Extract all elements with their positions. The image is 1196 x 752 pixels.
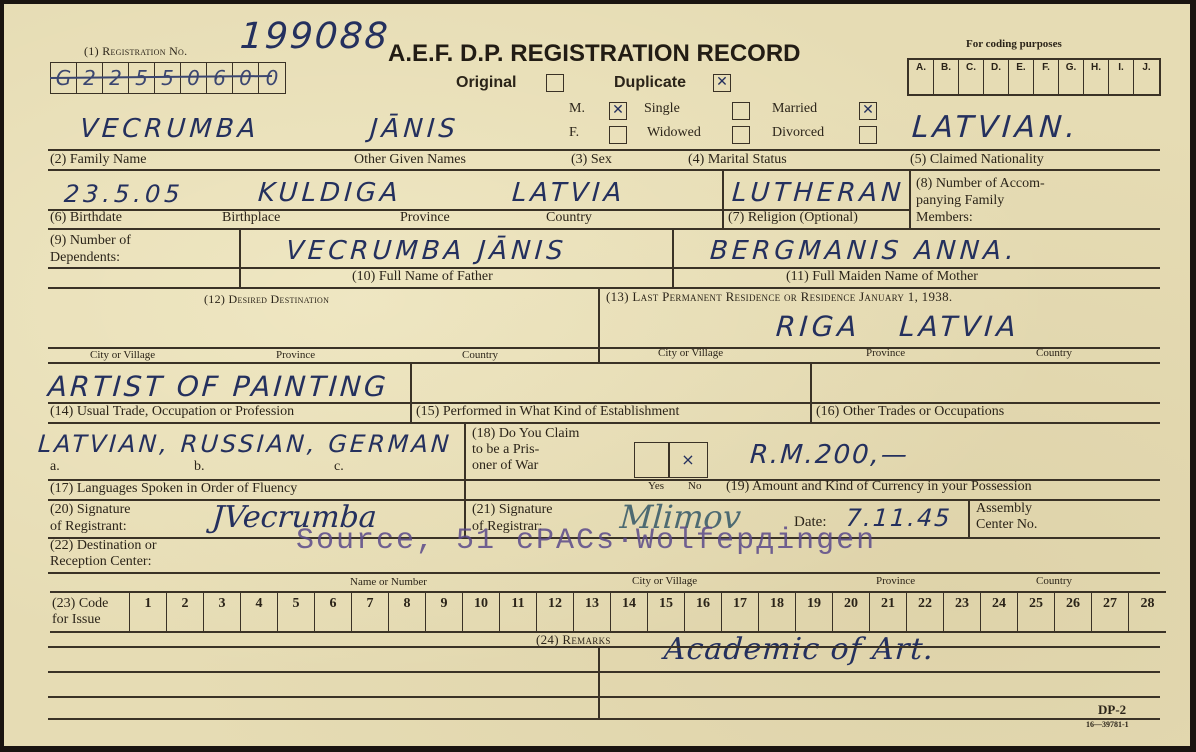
divorced-checkbox[interactable]	[859, 126, 877, 144]
res-province-label: Province	[866, 347, 905, 359]
family-name-label: (2) Family Name	[50, 152, 146, 168]
code-city-label: City or Village	[632, 575, 697, 587]
father-name-label: (10) Full Name of Father	[352, 269, 493, 285]
divider	[48, 671, 1160, 673]
divider	[722, 169, 724, 229]
divider	[598, 646, 600, 720]
form-id: DP-2	[1098, 702, 1126, 718]
given-names-value: JĀNIS	[369, 114, 460, 144]
pow-no-box[interactable]: ×	[668, 442, 708, 478]
sex-m-checkbox[interactable]: ✕	[609, 102, 627, 120]
code-cell[interactable]: 1	[130, 593, 167, 631]
married-checkbox[interactable]: ✕	[859, 102, 877, 120]
dependents-label: (9) Number of Dependents:	[50, 232, 131, 266]
mother-name-label: (11) Full Maiden Name of Mother	[786, 269, 978, 285]
registrant-signature-label: (20) Signature of Registrant:	[50, 501, 130, 535]
lang-b-label: b.	[194, 459, 205, 475]
birth-country-value: LATVIA	[511, 178, 627, 208]
code-cell[interactable]: 20	[833, 593, 870, 631]
code-cell[interactable]: 21	[870, 593, 907, 631]
occupation-label: (14) Usual Trade, Occupation or Professi…	[50, 404, 294, 420]
code-cell[interactable]: 14	[611, 593, 648, 631]
languages-label: (17) Languages Spoken in Order of Fluenc…	[50, 481, 297, 497]
languages-value: LATVIAN, RUSSIAN, GERMAN	[37, 430, 453, 458]
divorced-label: Divorced	[772, 125, 824, 141]
code-cell[interactable]: 15	[648, 593, 685, 631]
code-cell[interactable]: 27	[1092, 593, 1129, 631]
mother-name-value: BERGMANIS ANNA.	[709, 236, 1019, 266]
divider	[810, 362, 812, 422]
code-cell[interactable]: 9	[426, 593, 463, 631]
duplicate-checkbox[interactable]: ✕	[713, 74, 731, 92]
res-country-label: Country	[1036, 347, 1072, 359]
nationality-label: (5) Claimed Nationality	[910, 152, 1044, 168]
divider	[909, 169, 911, 229]
religion-value: LUTHERAN	[731, 178, 906, 208]
divider	[48, 149, 1160, 151]
divider	[48, 347, 1160, 349]
married-label: Married	[772, 101, 817, 117]
divider	[598, 287, 600, 362]
code-cell[interactable]: 22	[907, 593, 944, 631]
code-cell[interactable]: 7	[352, 593, 389, 631]
code-cell[interactable]: 10	[463, 593, 500, 631]
sex-f-checkbox[interactable]	[609, 126, 627, 144]
birthdate-value: 23.5.05	[63, 180, 185, 208]
father-name-value: VECRUMBA JĀNIS	[285, 236, 568, 266]
birthdate-label: (6) Birthdate	[50, 210, 122, 226]
code-cell[interactable]: 5	[278, 593, 315, 631]
registration-number-label: (1) Registration No.	[84, 44, 187, 59]
code-country-label: Country	[1036, 575, 1072, 587]
country-label: Country	[546, 210, 592, 226]
desired-destination-label: (12) Desired Destination	[204, 292, 329, 307]
duplicate-label: Duplicate	[614, 74, 686, 92]
birthplace-label: Birthplace	[222, 210, 280, 226]
dest-city-label: City or Village	[90, 349, 155, 361]
last-residence-value: RIGA LATVIA	[775, 310, 1021, 343]
divider	[48, 422, 1160, 424]
code-for-issue-grid: (23) Code for Issue 1 2 3 4 5 6 7 8 9 10…	[50, 591, 1166, 633]
given-names-label: Other Given Names	[354, 152, 466, 168]
divider	[48, 228, 1160, 230]
province-label: Province	[400, 210, 450, 226]
lang-a-label: a.	[50, 459, 60, 475]
divider	[48, 169, 1160, 171]
code-cell[interactable]: 18	[759, 593, 796, 631]
code-cell[interactable]: 6	[315, 593, 352, 631]
establishment-label: (15) Performed in What Kind of Establish…	[416, 404, 679, 420]
pow-yes-label: Yes	[648, 480, 664, 492]
code-cell[interactable]: 11	[500, 593, 537, 631]
marital-status-label: (4) Marital Status	[688, 152, 787, 168]
divider	[464, 422, 466, 502]
print-code: 16—39781-1	[1086, 720, 1129, 729]
lang-c-label: c.	[334, 459, 344, 475]
divider	[48, 287, 1160, 289]
code-cell[interactable]: 26	[1055, 593, 1092, 631]
form-title: A.E.F. D.P. REGISTRATION RECORD	[388, 40, 801, 68]
code-cell[interactable]: 3	[204, 593, 241, 631]
code-cell[interactable]: 25	[1018, 593, 1055, 631]
widowed-checkbox[interactable]	[732, 126, 750, 144]
divider	[239, 228, 241, 288]
remarks-value: Academic of Art.	[663, 632, 935, 667]
single-checkbox[interactable]	[732, 102, 750, 120]
code-cell[interactable]: 13	[574, 593, 611, 631]
sex-m-label: M.	[569, 101, 585, 117]
code-province-label: Province	[876, 575, 915, 587]
dest-province-label: Province	[276, 349, 315, 361]
last-residence-label: (13) Last Permanent Residence or Residen…	[606, 289, 952, 305]
nationality-value: LATVIAN.	[911, 110, 1081, 145]
accompanying-members-label: (8) Number of Accom- panying Family Memb…	[916, 175, 1045, 226]
code-cell[interactable]: 8	[389, 593, 426, 631]
code-cell[interactable]: 12	[537, 593, 574, 631]
divider	[48, 718, 1160, 720]
sex-f-label: F.	[569, 125, 579, 141]
currency-label: (19) Amount and Kind of Currency in your…	[726, 479, 1032, 495]
divider	[48, 362, 1160, 364]
pow-yes-box[interactable]	[634, 442, 670, 478]
single-label: Single	[644, 101, 680, 117]
code-cell[interactable]: 23	[944, 593, 981, 631]
code-cell[interactable]: 28	[1129, 593, 1166, 631]
other-trades-label: (16) Other Trades or Occupations	[816, 404, 1004, 420]
code-cell[interactable]: 4	[241, 593, 278, 631]
pow-no-label: No	[688, 480, 701, 492]
religion-label: (7) Religion (Optional)	[728, 210, 858, 226]
coding-label: For coding purposes	[966, 38, 1062, 50]
sex-label: (3) Sex	[571, 152, 612, 168]
registration-card: (1) Registration No. 199088 G 2 2 5 5 0 …	[4, 4, 1190, 746]
code-cell[interactable]: 16	[685, 593, 722, 631]
divider	[48, 646, 1160, 648]
code-name-label: Name or Number	[350, 576, 427, 588]
destination-center-label: (22) Destination or Reception Center:	[50, 538, 157, 570]
family-name-value: VECRUMBA	[79, 114, 261, 144]
divider	[672, 228, 674, 288]
birthplace-value: KULDIGA	[257, 178, 403, 208]
divider	[968, 499, 970, 539]
code-cell[interactable]: 17	[722, 593, 759, 631]
assembly-center-label: Assembly Center No.	[976, 501, 1037, 533]
registration-number: 199088	[239, 16, 391, 57]
divider	[48, 572, 1160, 574]
destination-stamp: Source, 51 cPACs·Wolfердingen	[296, 524, 876, 558]
widowed-label: Widowed	[647, 125, 701, 141]
occupation-value: ARTIST OF PAINTING	[47, 370, 390, 403]
coding-grid: A. B. C. D. E. F. G. H. I. J.	[907, 58, 1161, 96]
divider	[48, 696, 1160, 698]
code-cell[interactable]: 19	[796, 593, 833, 631]
res-city-label: City or Village	[658, 347, 723, 359]
dest-country-label: Country	[462, 349, 498, 361]
currency-value: R.M.200,—	[749, 440, 910, 470]
original-label: Original	[456, 74, 516, 92]
code-cell[interactable]: 2	[167, 593, 204, 631]
divider	[410, 362, 412, 422]
code-for-issue-label: (23) Code for Issue	[50, 593, 130, 631]
pow-label: (18) Do You Claim to be a Pris- oner of …	[472, 426, 579, 474]
divider	[48, 267, 1160, 269]
original-checkbox[interactable]	[546, 74, 564, 92]
code-cell[interactable]: 24	[981, 593, 1018, 631]
